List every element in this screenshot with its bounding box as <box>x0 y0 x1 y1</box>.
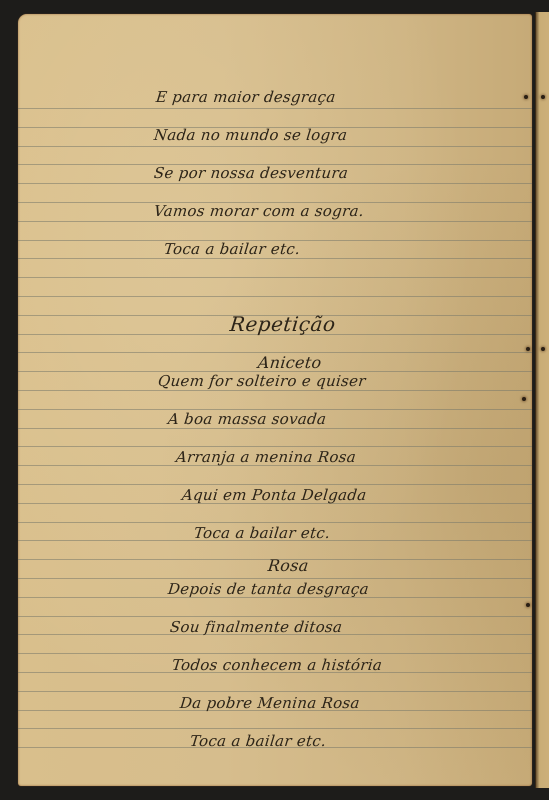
ruled-line <box>18 484 532 485</box>
section-title: Repetição <box>229 312 337 336</box>
ruled-line <box>18 653 532 654</box>
ruled-line <box>18 108 532 109</box>
verse-line: Todos conhecem a história <box>171 656 383 674</box>
binding-hole <box>526 347 530 351</box>
binding-hole <box>541 347 545 351</box>
scanned-manuscript: E para maior desgraça Nada no mundo se l… <box>0 0 549 800</box>
ruled-line <box>18 446 532 447</box>
ruled-line <box>18 146 532 147</box>
verse-line: Toca a bailar etc. <box>163 240 301 258</box>
verse-line: Quem for solteiro e quiser <box>157 372 367 390</box>
binding-hole <box>524 95 528 99</box>
verse-line: Aqui em Ponta Delgada <box>181 486 367 504</box>
ruled-line <box>18 390 532 391</box>
ruled-line <box>18 296 532 297</box>
verse-line: E para maior desgraça <box>155 88 337 106</box>
ruled-line <box>18 691 532 692</box>
ruled-line <box>18 183 532 184</box>
verse-line: Sou finalmente ditosa <box>169 618 343 636</box>
notebook-page: E para maior desgraça Nada no mundo se l… <box>18 14 532 786</box>
verse-line: Da pobre Menina Rosa <box>179 694 361 712</box>
ruled-line <box>18 258 532 259</box>
verse-line: Nada no mundo se logra <box>153 126 348 144</box>
verse-line: Se por nossa desventura <box>153 164 349 182</box>
speaker-name: Rosa <box>267 556 310 575</box>
ruled-line <box>18 728 532 729</box>
ruled-line <box>18 221 532 222</box>
speaker-name: Aniceto <box>257 353 323 372</box>
verse-line: Toca a bailar etc. <box>193 524 331 542</box>
ruled-line <box>18 578 532 579</box>
adjacent-page-edge <box>535 12 549 788</box>
binding-hole <box>541 95 545 99</box>
binding-hole <box>526 603 530 607</box>
verse-line: Vamos morar com a sogra. <box>153 202 365 220</box>
verse-line: Toca a bailar etc. <box>189 732 327 750</box>
ruled-line <box>18 522 532 523</box>
ruled-line <box>18 428 532 429</box>
verse-line: Depois de tanta desgraça <box>167 580 370 598</box>
verse-line: Arranja a menina Rosa <box>175 448 357 466</box>
ruled-line <box>18 616 532 617</box>
ruled-line <box>18 277 532 278</box>
binding-hole <box>522 397 526 401</box>
verse-line: A boa massa sovada <box>167 410 327 428</box>
